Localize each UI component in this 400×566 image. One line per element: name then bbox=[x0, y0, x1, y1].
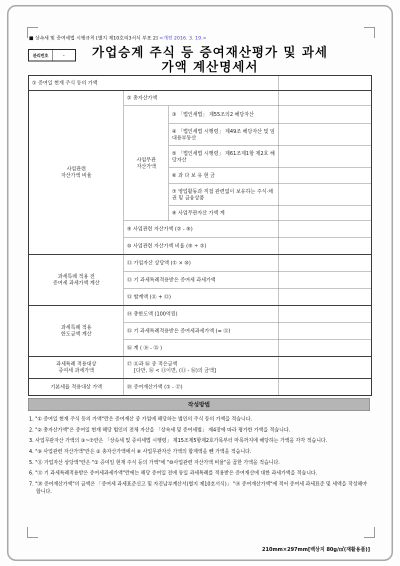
row-label-13: ⑬ 합계액 (⑪ + ⑫) bbox=[124, 289, 279, 306]
group-line2: 자산가액 bbox=[137, 163, 156, 170]
group-line2: 한도금액 계산 bbox=[61, 331, 92, 338]
row-label-3: ③ 「법인세법」 제55조의2 해당자산 bbox=[169, 106, 279, 124]
row-label-2: ② 총자산가액 bbox=[124, 91, 279, 106]
group-line2: 증여세 과세가액 계산 bbox=[53, 280, 100, 287]
row-label-10: ⑩ 사업관련 자산가액 비율 (⑨ ÷ ②) bbox=[124, 238, 279, 255]
row-label-6: ⑥ 과 다 보 유 현 금 bbox=[169, 168, 279, 184]
row-label-12: ⑫ 기 과세특례적용받은 증여세 과세가액 bbox=[124, 272, 279, 289]
form-title: 가업승계 주식 등 증여재산평가 및 과세 가액 계산명세서 bbox=[60, 45, 360, 74]
instruction-item-1: 1. "① 증여일 현재 주식 등의 가액"란은 증여재산 중 가업에 해당하는… bbox=[29, 416, 371, 423]
regulation-reference: ■ 상속세 및 증여세법 시행규칙 [별지 제10호의3서식 부표 2] <개정… bbox=[29, 34, 207, 41]
value-cell-3[interactable] bbox=[279, 106, 371, 124]
row-label-15: ⑮ 기 과세특례적용받은 증여세과세가액 (= ⑫) bbox=[124, 323, 279, 340]
row-label-11: ⑪ 가업자산 상당액 (① × ⑩) bbox=[124, 255, 279, 272]
form-title-line1: 가업승계 주식 등 증여재산평가 및 과세 bbox=[60, 45, 360, 60]
group-label-pre-special: 과세특례 적용 전 증여세 과세가액 계산 bbox=[29, 255, 124, 306]
row-label-16: ⑯ 계 ( ⑭ - ⑮ ) bbox=[124, 340, 279, 357]
row-label-8: ⑧ 사업무관자산 가액 계 bbox=[169, 206, 279, 221]
value-cell-2[interactable] bbox=[279, 91, 371, 106]
value-cell-18[interactable] bbox=[279, 379, 371, 395]
instruction-item-5: 5. "⑪ 가업자산 상당액"란은 "① 증여일 현재 주식 등의 가액"에 "… bbox=[29, 459, 371, 466]
group-label-business-ratio: 사업관련 자산가액 비율 bbox=[29, 91, 124, 255]
instruction-item-4: 4. "⑨ 사업관련 자산가액"란은 ② 총자산가액에서 ⑧ 사업무관자산 가액… bbox=[29, 449, 371, 456]
form-title-line2: 가액 계산명세서 bbox=[60, 60, 360, 75]
value-cell-13[interactable] bbox=[279, 289, 371, 306]
regulation-text: ■ 상속세 및 증여세법 시행규칙 [별지 제10호의3서식 부표 2] bbox=[29, 36, 158, 42]
value-cell-4[interactable] bbox=[279, 124, 371, 146]
value-cell-5[interactable] bbox=[279, 146, 371, 168]
group-label-limit-calc: 과세특례 적용 한도금액 계산 bbox=[29, 306, 124, 357]
revision-date: <개정 2016. 3. 19.> bbox=[159, 36, 206, 42]
group-label-basic-rate: 기본세율 적용대상 가액 bbox=[29, 379, 124, 395]
value-cell-7[interactable] bbox=[279, 184, 371, 206]
row-label-4: ④ 「법인세법 시행령」 제49조 해당자산 및 임대용부동산 bbox=[169, 124, 279, 146]
paper-spec: 210mm×297mm[백상지 80g/㎡(재활용품)] bbox=[262, 545, 370, 553]
value-cell-6[interactable] bbox=[279, 168, 371, 184]
crop-mark-top-right bbox=[364, 27, 375, 38]
value-cell-14[interactable] bbox=[279, 306, 371, 323]
instructions-list: 1. "① 증여일 현재 주식 등의 가액"란은 증여재산 중 가업에 해당하는… bbox=[29, 416, 371, 499]
crop-mark-bottom-left bbox=[27, 527, 38, 538]
row-label-17: ⑰ ⑪과 ⑯ 중 적은금액 [다만, ⑯ < ⑪이면, (⑪ - ⑯)의 금액] bbox=[124, 357, 279, 379]
value-cell-11[interactable] bbox=[279, 255, 371, 272]
crop-mark-bottom-right bbox=[364, 527, 375, 538]
value-cell-15[interactable] bbox=[279, 323, 371, 340]
group-line2: 증여세 과세가액 bbox=[59, 368, 94, 375]
instruction-item-3: 3. 사업무관자산 가액의 ③~⑦란은 「상속세 및 증여세법 시행령」 제15… bbox=[29, 438, 371, 445]
group-label-nonbusiness-assets: 사업무관 자산가액 bbox=[124, 106, 169, 221]
instruction-item-2: 2. "② 총자산가액"은 증여일 현재 해당 법인의 전체 자산을 「상속세 … bbox=[29, 427, 371, 434]
instruction-item-6: 6. "⑫ 기 과세특례적용받은 증여세과세가액"란에는 해당 증여일 전에 동… bbox=[29, 470, 371, 477]
group-label-special-target: 과세특례 적용대상 증여세 과세가액 bbox=[29, 357, 124, 379]
scanned-form-page: ■ 상속세 및 증여세법 시행규칙 [별지 제10호의3서식 부표 2] <개정… bbox=[0, 0, 400, 566]
row-label-9: ⑨ 사업관련 자산가액 (② - ⑧) bbox=[124, 221, 279, 238]
group-line1: 기본세율 적용대상 가액 bbox=[51, 384, 102, 391]
row-label-17-condition: [다만, ⑯ < ⑪이면, (⑪ - ⑯)의 금액] bbox=[127, 368, 216, 375]
value-cell-16[interactable] bbox=[279, 340, 371, 357]
row-label-7: ⑦ 영업활동과 직접 관련없이 보유하는 주식·채권 및 금융상품 bbox=[169, 184, 279, 206]
calculation-table: ① 증여일 현재 주식 등의 가액 사업관련 자산가액 비율 ② 총자산가액 사… bbox=[28, 75, 372, 396]
instruction-item-7: 7. "⑱ 증여재산가액"의 금액은 「증여세 과세표준신고 및 자진납부계산서… bbox=[29, 481, 371, 496]
value-cell-8[interactable] bbox=[279, 206, 371, 221]
value-cell-17[interactable] bbox=[279, 357, 371, 379]
value-cell-1[interactable] bbox=[279, 76, 371, 91]
group-line2: 자산가액 비율 bbox=[61, 173, 92, 180]
value-cell-9[interactable] bbox=[279, 221, 371, 238]
row-label-18: ⑱ 증여재산가액 (① - ⑰) bbox=[124, 379, 279, 395]
management-number-label: 관리번호 bbox=[29, 50, 53, 61]
row-label-5: ⑤ 「법인세법 시행령」 제61조제1항 제2호 해당자산 bbox=[169, 146, 279, 168]
row-label-14: ⑭ 총한도액 (100억원) bbox=[124, 306, 279, 323]
value-cell-12[interactable] bbox=[279, 272, 371, 289]
row-label-1: ① 증여일 현재 주식 등의 가액 bbox=[29, 76, 279, 91]
instructions-header: 작성방법 bbox=[28, 398, 370, 411]
value-cell-10[interactable] bbox=[279, 238, 371, 255]
